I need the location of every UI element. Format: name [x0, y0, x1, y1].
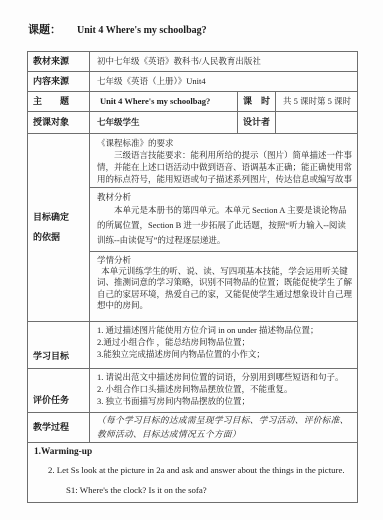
- row-theme: 主 题 Unit 4 Where's my schoolbag? 课 时 共 5…: [28, 92, 358, 112]
- textbook-analysis-cell: 教材分析 本单元是本册书的第四单元。本单元 Section A 主要是谈论物品的…: [90, 188, 358, 252]
- row-process: 教学过程 （每个学习目标的达成需呈现学习目标、学习活动、评价标准、教师活动、目标…: [28, 413, 358, 443]
- evaluation-cell: 1. 请说出范文中描述房间位置的词语，分别用到哪些短语和句子。 2. 小组合作口…: [90, 369, 358, 413]
- page-title: 课题：Unit 4 Where's my schoolbag?: [28, 20, 207, 38]
- objectives-label: 学习目标: [28, 322, 90, 369]
- title-label: 课题：: [28, 24, 61, 36]
- textbook-analysis-body: 本单元是本册书的第四单元。本单元 Section A 主要是谈论物品的所属位置，…: [97, 203, 354, 248]
- basis-label: 目标确定 的依据: [28, 134, 90, 322]
- warmup-example: S1: Where's the clock? Is it on the sofa…: [66, 485, 353, 496]
- warmup-heading: 1.Warming-up: [34, 446, 353, 458]
- material-source-value: 初中七年级《英语》教科书/人民教育出版社: [90, 52, 358, 72]
- curriculum-standard-cell: 《课程标准》的要求 三级语言技能要求：能利用所给的提示（图片）简单描述一件事情，…: [90, 134, 358, 188]
- row-warmup: 1.Warming-up 2. Let Ss look at the pictu…: [28, 443, 358, 503]
- learner-analysis-cell: 学情分析 本单元训练学生的听、说、读、写四项基本技能，学会运用听关键词、推测词意…: [90, 252, 358, 322]
- warmup-instruction: 2. Let Ss look at the picture in 2a and …: [48, 465, 353, 476]
- basis-label-line1: 目标确定: [33, 212, 87, 224]
- process-value: （每个学习目标的达成需呈现学习目标、学习活动、评价标准、教师活动、目标达成情况五…: [90, 413, 358, 443]
- process-label: 教学过程: [28, 413, 90, 443]
- row-basis-curriculum: 目标确定 的依据 《课程标准》的要求 三级语言技能要求：能利用所给的提示（图片）…: [28, 134, 358, 188]
- material-source-label: 教材来源: [28, 52, 90, 72]
- content-source-label: 内容来源: [28, 72, 90, 92]
- period-value: 共 5 课时第 5 课时: [276, 92, 358, 112]
- row-evaluation: 评价任务 1. 请说出范文中描述房间位置的词语，分别用到哪些短语和句子。 2. …: [28, 369, 358, 413]
- evaluation-item: 2. 小组合作口头描述房间物品摆放位置，不能重复。: [97, 384, 354, 395]
- learner-analysis-body: 本单元训练学生的听、说、读、写四项基本技能，学会运用听关键词、推测词意的学习策略…: [97, 266, 354, 311]
- content-source-value: 七年级《英语（上册）》Unit4: [90, 72, 358, 92]
- basis-label-line2: 的依据: [33, 232, 87, 244]
- theme-value: Unit 4 Where's my schoolbag?: [90, 92, 238, 112]
- designer-value: [276, 112, 358, 134]
- objective-item: 1. 通过描述图片能使用方位介词 in on under 描述物品位置；: [97, 325, 354, 336]
- audience-label: 授课对象: [28, 112, 90, 134]
- title-text: Unit 4 Where's my schoolbag?: [77, 25, 207, 36]
- row-objectives: 学习目标 1. 通过描述图片能使用方位介词 in on under 描述物品位置…: [28, 322, 358, 369]
- learner-analysis-heading: 学情分析: [97, 255, 354, 266]
- evaluation-item: 3. 独立书面描写房间内物品摆放的位置；: [97, 396, 354, 407]
- evaluation-item: 1. 请说出范文中描述房间位置的词语，分别用到哪些短语和句子。: [97, 372, 354, 383]
- curriculum-standard-body: 三级语言技能要求：能利用所给的提示（图片）简单描述一件事情，并能在上述口语活动中…: [97, 149, 354, 185]
- audience-value: 七年级学生: [90, 112, 238, 134]
- objective-item: 3.能独立完成描述房间内物品位置的小作文；: [97, 349, 354, 360]
- row-content-source: 内容来源 七年级《英语（上册）》Unit4: [28, 72, 358, 92]
- objective-item: 2.通过小组合作 ，能总结房间物品位置；: [97, 337, 354, 348]
- designer-label: 设计者: [238, 112, 276, 134]
- period-label: 课 时: [238, 92, 276, 112]
- lesson-plan-table: 教材来源 初中七年级《英语》教科书/人民教育出版社 内容来源 七年级《英语（上册…: [27, 51, 358, 503]
- row-audience: 授课对象 七年级学生 设计者: [28, 112, 358, 134]
- warmup-cell: 1.Warming-up 2. Let Ss look at the pictu…: [28, 443, 358, 503]
- curriculum-standard-heading: 《课程标准》的要求: [97, 137, 354, 149]
- evaluation-label: 评价任务: [28, 369, 90, 413]
- textbook-analysis-heading: 教材分析: [97, 191, 354, 203]
- theme-label: 主 题: [28, 92, 90, 112]
- row-material-source: 教材来源 初中七年级《英语》教科书/人民教育出版社: [28, 52, 358, 72]
- objectives-cell: 1. 通过描述图片能使用方位介词 in on under 描述物品位置； 2.通…: [90, 322, 358, 369]
- lesson-plan-page: 课题：Unit 4 Where's my schoolbag? 教材来源 初中七…: [0, 0, 383, 520]
